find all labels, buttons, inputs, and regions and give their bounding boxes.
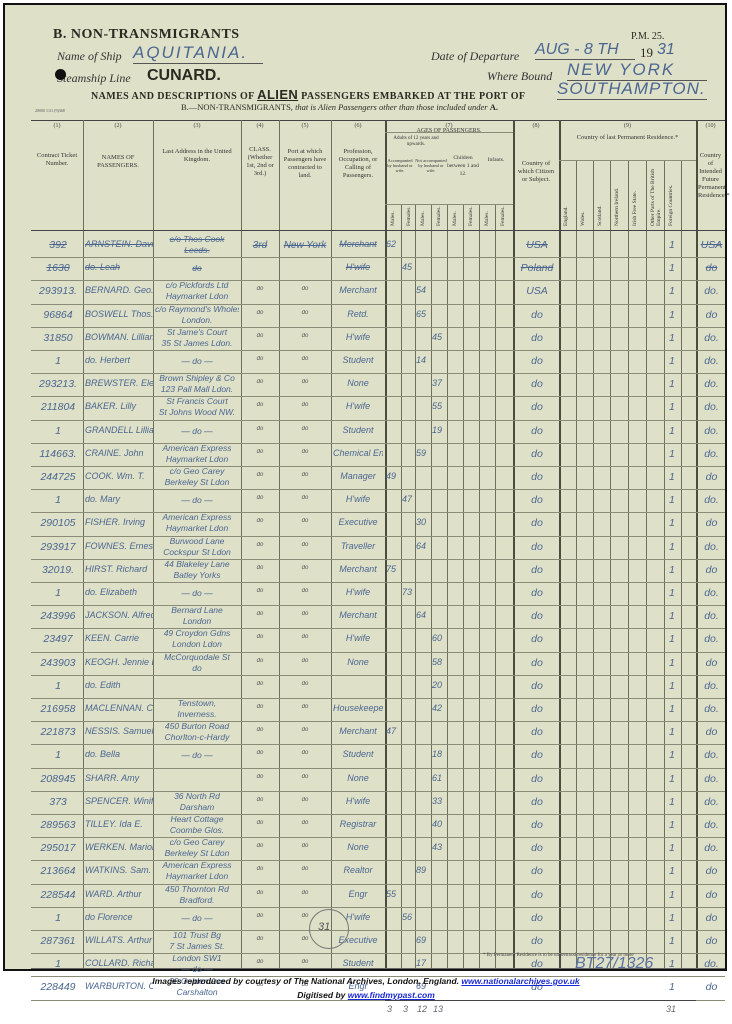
- address-line: 450 Burton Road: [155, 721, 239, 731]
- ticket-number: 293213.: [33, 378, 83, 390]
- residence-foreign-count: 1: [669, 564, 679, 576]
- address-line: Berkeley St Ldon: [155, 477, 239, 487]
- class: do: [243, 704, 277, 710]
- future-residence: do.: [698, 332, 725, 344]
- occupation: H'wife: [333, 633, 383, 643]
- citizenship: USA: [515, 239, 559, 251]
- citizenship: do: [515, 889, 559, 901]
- male-label: Males.: [452, 208, 458, 226]
- age-subcolumn-divider: [415, 204, 416, 968]
- ticket-number: 216958: [33, 703, 83, 715]
- residence-foreign-count: 1: [669, 378, 679, 390]
- age-subcolumn-divider: [401, 204, 402, 968]
- residence-foreign-count: 1: [669, 657, 679, 669]
- address-line: 35 St James Ldon.: [155, 338, 239, 348]
- ship-label: Name of Ship: [57, 49, 122, 64]
- class: do: [243, 588, 277, 594]
- column-header-c3: Last Address in the United Kingdom.: [155, 148, 239, 164]
- future-residence: do: [698, 309, 725, 321]
- port-of-landing: do: [281, 379, 329, 385]
- residence-foreign-count: 1: [669, 471, 679, 483]
- row-divider: [31, 628, 725, 629]
- occupation: None: [333, 842, 383, 852]
- address-line: do: [155, 663, 239, 673]
- row-divider: [31, 512, 725, 513]
- address-line: Heart Cottage: [155, 814, 239, 824]
- occupation: None: [333, 657, 383, 667]
- ticket-number: 290105: [33, 517, 83, 529]
- stamp-text: 31: [318, 921, 330, 933]
- class: do: [243, 356, 277, 362]
- future-residence: do.: [698, 703, 725, 715]
- age: 47: [402, 494, 418, 504]
- passenger-name: KEEN. Carrie: [85, 633, 153, 643]
- port-of-landing: do: [281, 774, 329, 780]
- residence-foreign-count: 1: [669, 517, 679, 529]
- class: do: [243, 426, 277, 432]
- age: 33: [432, 796, 448, 806]
- occupation: Traveller: [333, 541, 383, 551]
- address-line: American Express: [155, 512, 239, 522]
- port-of-landing: do: [281, 890, 329, 896]
- address-line: St Jame's Court: [155, 327, 239, 337]
- column-divider: [241, 120, 242, 968]
- class: do: [243, 658, 277, 664]
- class: do: [243, 542, 277, 548]
- port-of-landing: do: [281, 286, 329, 292]
- row-divider: [31, 373, 725, 374]
- column-header-c1: Contract Ticket Number.: [33, 152, 81, 168]
- class: do: [243, 634, 277, 640]
- address-line: c/o Geo Carey: [155, 466, 239, 476]
- citizenship: do: [515, 587, 559, 599]
- row-divider: [31, 466, 725, 467]
- citizenship: do: [515, 448, 559, 460]
- residence-foreign-count: 1: [669, 355, 679, 367]
- row-divider: [31, 907, 725, 908]
- address-line: McCorquodale St: [155, 652, 239, 662]
- ticket-number: 373: [33, 796, 83, 808]
- port-of-landing: do: [281, 542, 329, 548]
- age: 20: [432, 680, 448, 690]
- occupation: H'wife: [333, 262, 383, 272]
- row-divider: [31, 721, 725, 722]
- column-divider: [279, 120, 280, 968]
- address-line: — do —: [155, 913, 239, 923]
- address-line: — do —: [155, 356, 239, 366]
- citizenship: do: [515, 610, 559, 622]
- ticket-number: 1: [33, 494, 83, 506]
- age: 62: [386, 239, 402, 249]
- age-total: 3: [403, 1004, 417, 1014]
- residence-foreign-count: 1: [669, 494, 679, 506]
- age: 75: [386, 564, 402, 574]
- residence-subheader: Irish Free State.: [632, 166, 638, 226]
- address-line: — do —: [155, 495, 239, 505]
- residence-foreign-count: 1: [669, 680, 679, 692]
- passenger-name: SPENCER. Winifred: [85, 796, 153, 806]
- passenger-name: BAKER. Lilly: [85, 401, 153, 411]
- column-divider-thick: [559, 120, 561, 968]
- ticket-number: 1: [33, 587, 83, 599]
- age: 17: [416, 958, 432, 968]
- class: do: [243, 936, 277, 942]
- header-not-accompanied: Not accompanied by husband or wife.: [415, 158, 447, 173]
- passenger-name: SHARR. Amy: [85, 773, 153, 783]
- citizenship: do: [515, 355, 559, 367]
- residence-subheader: England.: [563, 166, 569, 226]
- future-residence: do.: [698, 401, 725, 413]
- age: 45: [402, 262, 418, 272]
- header-bottom-border: [31, 230, 725, 231]
- passenger-name: WARD. Arthur: [85, 889, 153, 899]
- passenger-name: KEOGH. Jennie E.: [85, 657, 153, 667]
- address-line: Haymarket Ldon: [155, 523, 239, 533]
- address-line: Haymarket Ldon: [155, 454, 239, 464]
- port-of-landing: do: [281, 565, 329, 571]
- port-of-landing: do: [281, 449, 329, 455]
- column-number: (4): [241, 123, 279, 129]
- citizenship: do: [515, 703, 559, 715]
- ticket-number: 1: [33, 680, 83, 692]
- future-residence: do: [698, 564, 725, 576]
- ticket-number: 32019.: [33, 564, 83, 576]
- departure-label: Date of Departure: [431, 49, 519, 64]
- citizenship: do: [515, 332, 559, 344]
- address-line: 49 Croydon Gdns: [155, 628, 239, 638]
- citizenship: do: [515, 842, 559, 854]
- ticket-number: 293917: [33, 541, 83, 553]
- class: 3rd: [243, 240, 277, 251]
- ticket-number: 211804: [33, 401, 83, 413]
- bound-label: Where Bound: [487, 69, 552, 84]
- residence-foreign-count: 1: [669, 726, 679, 738]
- age: 89: [416, 865, 432, 875]
- subheading-italic: that is Alien Passengers other than thos…: [295, 102, 488, 112]
- occupation: Chemical Engr: [333, 448, 383, 458]
- residence-foreign-count: 1: [669, 401, 679, 413]
- ticket-number: 244725: [33, 471, 83, 483]
- row-divider: [31, 443, 725, 444]
- passenger-name: FOWNES. Ernest: [85, 541, 153, 551]
- credit-line-2: Digitised by www.findmypast.com: [0, 990, 732, 1000]
- row-divider: [31, 280, 725, 281]
- citizenship: do: [515, 401, 559, 413]
- passenger-name: CRAINE. John: [85, 448, 153, 458]
- future-residence: do: [698, 865, 725, 877]
- occupation: Merchant: [333, 564, 383, 574]
- occupation: Manager: [333, 471, 383, 481]
- class: do: [243, 379, 277, 385]
- residence-divider: [559, 160, 696, 161]
- port-of-landing: do: [281, 704, 329, 710]
- subheading-text: B.—NON-TRANSMIGRANTS,: [181, 102, 293, 112]
- line-label: Steamship Line: [57, 71, 131, 86]
- residence-foreign-count: 1: [669, 865, 679, 877]
- port-of-landing: do: [281, 518, 329, 524]
- occupation: Executive: [333, 517, 383, 527]
- occupation: Merchant: [333, 726, 383, 736]
- class: do: [243, 797, 277, 803]
- citizenship: do: [515, 378, 559, 390]
- class: do: [243, 333, 277, 339]
- ticket-number: 243903: [33, 657, 83, 669]
- digitised-text: Digitised by: [297, 990, 345, 1000]
- row-divider: [31, 837, 725, 838]
- occupation: Registrar: [333, 819, 383, 829]
- column-header-ages: AGES OF PASSENGERS.: [385, 127, 513, 135]
- passenger-name: do. Bella: [85, 749, 153, 759]
- class: do: [243, 890, 277, 896]
- future-residence: do.: [698, 425, 725, 437]
- future-residence: do.: [698, 541, 725, 553]
- age-total: 12: [417, 1004, 431, 1014]
- future-residence: do: [698, 657, 725, 669]
- port-of-landing: do: [281, 472, 329, 478]
- ticket-number: 114663.: [33, 448, 83, 460]
- occupation: H'wife: [333, 332, 383, 342]
- residence-foreign-count: 1: [669, 912, 679, 924]
- port-of-landing: do: [281, 611, 329, 617]
- age-total: 3: [387, 1004, 401, 1014]
- occupation: H'wife: [333, 796, 383, 806]
- future-residence: do.: [698, 842, 725, 854]
- column-number: (8): [513, 123, 559, 129]
- circular-stamp: 31: [309, 909, 349, 949]
- occupation: H'wife: [333, 494, 383, 504]
- port-of-landing: do: [281, 426, 329, 432]
- passenger-name: do. Elizabeth: [85, 587, 153, 597]
- residence-foreign-count: 1: [669, 309, 679, 321]
- address-line: Tenstown,: [155, 698, 239, 708]
- age: 61: [432, 773, 448, 783]
- citizenship: USA: [515, 285, 559, 297]
- column-number: (3): [153, 123, 241, 129]
- address-line: 44 Blakeley Lane: [155, 559, 239, 569]
- column-divider: [153, 120, 154, 968]
- residence-foreign-count: 1: [669, 703, 679, 715]
- class: do: [243, 820, 277, 826]
- address-line: 450 Thornton Rd: [155, 884, 239, 894]
- ship-name: AQUITANIA.: [133, 43, 263, 64]
- address-line: — do —: [155, 426, 239, 436]
- credit-text: Images reproduced by courtesy of The Nat…: [152, 976, 459, 986]
- class: do: [243, 913, 277, 919]
- row-divider: [31, 605, 725, 606]
- port-of-landing: do: [281, 681, 329, 687]
- row-divider: [31, 536, 725, 537]
- occupation: Realtor: [333, 865, 383, 875]
- heading: NAMES AND DESCRIPTIONS OF ALIEN PASSENGE…: [91, 87, 525, 102]
- archive-reference: BT27/1326: [575, 955, 653, 973]
- column-header-c2: NAMES OF PASSENGERS.: [85, 154, 151, 170]
- subheading: B.—NON-TRANSMIGRANTS, that is Alien Pass…: [181, 102, 498, 112]
- age: 54: [416, 285, 432, 295]
- port-of-landing: do: [281, 634, 329, 640]
- ticket-number: 208945: [33, 773, 83, 785]
- future-residence: do: [698, 471, 725, 483]
- residence-foreign-count: 1: [669, 448, 679, 460]
- class: do: [243, 449, 277, 455]
- row-divider: [31, 652, 725, 653]
- residence-foreign-count: 1: [669, 749, 679, 761]
- ticket-number: 1: [33, 912, 83, 924]
- occupation: Student: [333, 355, 383, 365]
- age: 14: [416, 355, 432, 365]
- ticket-number: 221873: [33, 726, 83, 738]
- section-title: B. NON-TRANSMIGRANTS: [53, 27, 240, 43]
- address-line: Berkeley St Ldon: [155, 848, 239, 858]
- male-label: Males.: [390, 208, 396, 226]
- ticket-number: 392: [33, 239, 83, 251]
- age: 19: [432, 425, 448, 435]
- ticket-number: 213664: [33, 865, 83, 877]
- header-accompanied: Accompanied by husband or wife.: [385, 158, 415, 173]
- column-number: (6): [331, 123, 385, 129]
- age: 49: [386, 471, 402, 481]
- address-line: London.: [155, 315, 239, 325]
- citizenship: do: [515, 541, 559, 553]
- occupation: Retd.: [333, 309, 383, 319]
- address-line: St Johns Wood NW.: [155, 407, 239, 417]
- row-divider: [31, 350, 725, 351]
- port-of-embarkation: SOUTHAMPTON.: [557, 79, 707, 100]
- age: 37: [432, 378, 448, 388]
- age: 42: [432, 703, 448, 713]
- address-line: 123 Pall Mall Ldon.: [155, 384, 239, 394]
- passenger-name: GRANDELL Lillian: [85, 425, 153, 435]
- port-of-landing: do: [281, 959, 329, 965]
- age: 30: [416, 517, 432, 527]
- ticket-number: 1630: [33, 262, 83, 274]
- residence-foreign-count: 1: [669, 541, 679, 553]
- heading-text: NAMES AND DESCRIPTIONS OF: [91, 91, 254, 102]
- table-top-border: [31, 120, 725, 121]
- column-header-c4: CLASS. (Whether 1st, 2nd or 3rd.): [243, 146, 277, 178]
- citizenship: do: [515, 517, 559, 529]
- address-line: Coombe Glos.: [155, 825, 239, 835]
- passenger-name: BREWSTER. Eleanor: [85, 378, 153, 388]
- passenger-name: BOWMAN. Lillian: [85, 332, 153, 342]
- citizenship: do: [515, 912, 559, 924]
- passenger-name: NESSIS. Samuel: [85, 726, 153, 736]
- header-adults: Adults of 12 years and upwards.: [385, 136, 447, 148]
- occupation: Housekeeper: [333, 703, 383, 713]
- age: 60: [432, 633, 448, 643]
- age-subcolumn-divider: [431, 204, 432, 968]
- port-of-landing: New York: [281, 240, 329, 251]
- address-line: American Express: [155, 443, 239, 453]
- passenger-name: HIRST. Richard: [85, 564, 153, 574]
- future-residence: do.: [698, 819, 725, 831]
- row-divider: [31, 489, 725, 490]
- future-residence: do.: [698, 610, 725, 622]
- occupation: H'wife: [333, 587, 383, 597]
- passenger-name: TILLEY. Ida E.: [85, 819, 153, 829]
- address-line: Cockspur St Ldon: [155, 547, 239, 557]
- address-line: Haymarket Ldon: [155, 291, 239, 301]
- address-line: London: [155, 616, 239, 626]
- destination: NEW YORK: [567, 60, 707, 81]
- port-of-landing: do: [281, 843, 329, 849]
- findmypast-link[interactable]: www.findmypast.com: [348, 990, 435, 1000]
- ticket-number: 1: [33, 355, 83, 367]
- port-of-landing: do: [281, 588, 329, 594]
- port-of-landing: do: [281, 820, 329, 826]
- row-divider: [31, 675, 725, 676]
- class: do: [243, 611, 277, 617]
- class: do: [243, 565, 277, 571]
- occupation: H'wife: [333, 401, 383, 411]
- future-residence: do.: [698, 355, 725, 367]
- class: do: [243, 681, 277, 687]
- address-line: c/o Pickfords Ltd: [155, 280, 239, 290]
- class: do: [243, 310, 277, 316]
- passenger-name: do. Herbert: [85, 355, 153, 365]
- steamship-line: CUNARD.: [147, 67, 221, 85]
- punch-hole: [55, 69, 66, 80]
- address-line: Brown Shipley & Co: [155, 373, 239, 383]
- passenger-name: ARNSTEIN. David: [85, 239, 153, 249]
- passenger-name: do. Leah: [85, 262, 153, 272]
- future-residence: do: [698, 726, 725, 738]
- residence-foreign-count: 1: [669, 842, 679, 854]
- male-label: Males.: [420, 208, 426, 226]
- citizenship: do: [515, 657, 559, 669]
- citizenship: do: [515, 749, 559, 761]
- passenger-name: do. Edith: [85, 680, 153, 690]
- credit-line-1: Images reproduced by courtesy of The Nat…: [0, 976, 732, 986]
- future-residence: USA: [698, 239, 725, 251]
- residence-foreign-count: 1: [669, 796, 679, 808]
- passenger-name: WATKINS. Sam.: [85, 865, 153, 875]
- age-subcolumn-divider: [479, 204, 480, 968]
- passenger-name: FISHER. Irving: [85, 517, 153, 527]
- ticket-number: 1: [33, 749, 83, 761]
- subheading-end: A.: [490, 102, 498, 112]
- residence-foreign-count: 1: [669, 610, 679, 622]
- female-label: Females.: [468, 208, 474, 226]
- year-prefix: 19: [640, 45, 653, 61]
- class: do: [243, 402, 277, 408]
- address-line: Leeds.: [155, 245, 239, 255]
- citizenship: do: [515, 865, 559, 877]
- address-line: St Francis Court: [155, 396, 239, 406]
- address-line: 36 North Rd: [155, 791, 239, 801]
- port-of-landing: do: [281, 797, 329, 803]
- age: 55: [386, 889, 402, 899]
- address-line: London Ldon: [155, 639, 239, 649]
- column-header-c9: Country of last Permanent Residence.*: [559, 134, 696, 142]
- female-label: Females.: [436, 208, 442, 226]
- ticket-number: 243996: [33, 610, 83, 622]
- citizenship: do: [515, 471, 559, 483]
- class: do: [243, 959, 277, 965]
- age: 18: [432, 749, 448, 759]
- address-line: American Express: [155, 860, 239, 870]
- citizenship: do: [515, 935, 559, 947]
- address-line: Darsham: [155, 802, 239, 812]
- heading-alien: ALIEN: [257, 87, 298, 102]
- occupation: Student: [333, 958, 383, 968]
- residence-foreign-count: 1: [669, 587, 679, 599]
- national-archives-link[interactable]: www.nationalarchives.gov.uk: [461, 976, 579, 986]
- age-subcolumn-divider: [495, 204, 496, 968]
- ticket-number: 293913.: [33, 285, 83, 297]
- row-divider: [31, 257, 725, 258]
- row-divider: [31, 860, 725, 861]
- age: 43: [432, 842, 448, 852]
